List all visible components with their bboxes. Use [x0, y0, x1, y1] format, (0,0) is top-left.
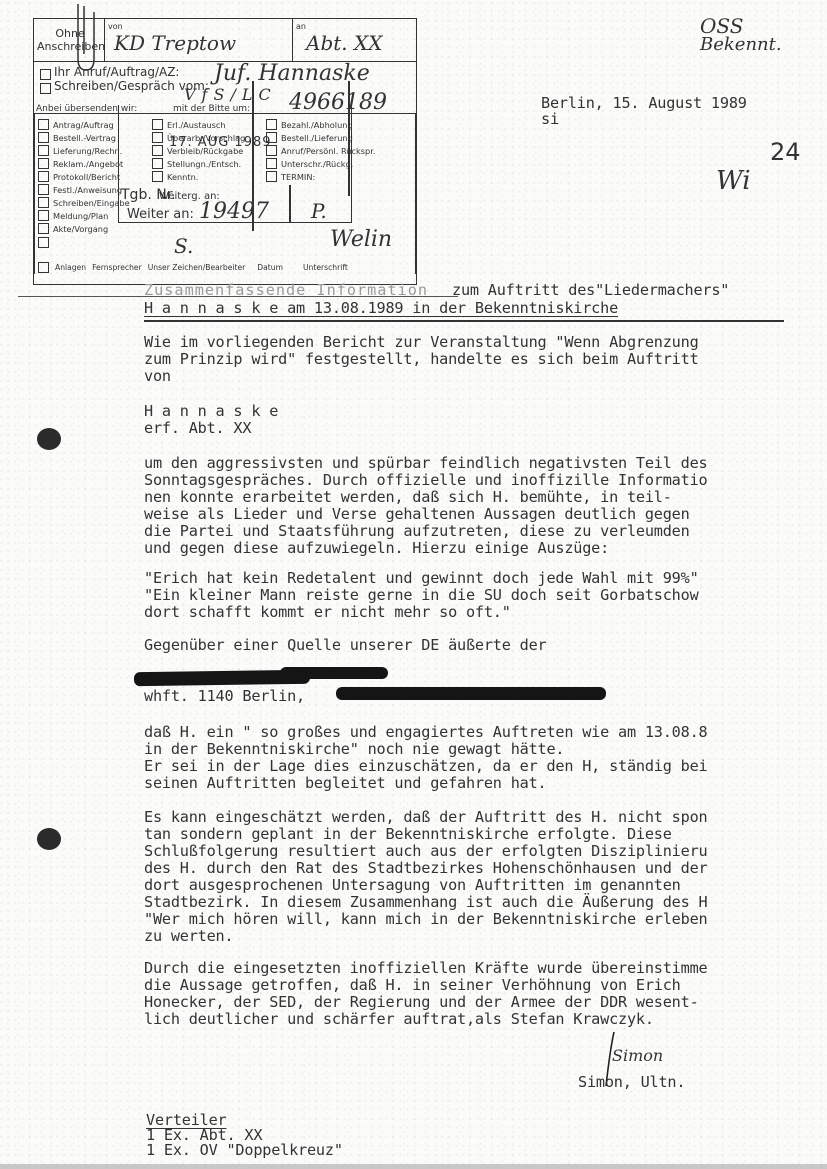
punch-hole-bottom: [37, 828, 61, 850]
handwritten-signature: Simon: [612, 1046, 663, 1065]
ref-code: VfS/LC: [184, 85, 277, 104]
stamp-weiter-value: 19497: [199, 199, 269, 224]
text-line: daß H. ein " so großes und engagiertes A…: [144, 724, 707, 741]
quote-line: "Erich hat kein Redetalent und gewinnt d…: [144, 570, 699, 587]
text-line: die Aussage getroffen, daß H. in seiner …: [144, 977, 681, 994]
text-line: weise als Lieder und Verse gehaltenen Au…: [144, 506, 690, 523]
text-line: Sonntagsgespräches. Durch offizielle und…: [144, 472, 707, 489]
checkbox-anlagen[interactable]: [38, 262, 49, 273]
punch-hole-top: [37, 428, 61, 450]
quote-line: "Ein kleiner Mann reiste gerne in die SU…: [144, 587, 699, 604]
text-line: des H. durch den Rat des Stadtbezirkes H…: [144, 860, 707, 877]
text-line: lich deutlicher und schärfer auftrat,als…: [144, 1011, 654, 1028]
form-header-row: Ohne Anschreiben von KD Treptow an Abt. …: [34, 19, 416, 62]
to-value: Abt. XX: [306, 31, 382, 55]
stamp-initial: P.: [311, 199, 327, 223]
option-left-6[interactable]: Schreiben/Eingabe: [38, 197, 130, 208]
option-left-5[interactable]: Festl./Anweisung: [38, 184, 122, 195]
routing-form: Ohne Anschreiben von KD Treptow an Abt. …: [33, 18, 417, 285]
checkbox-anruf[interactable]: [40, 69, 51, 80]
option-left-2[interactable]: Lieferung/Rechn.: [38, 145, 122, 156]
paragraph-3: Gegenüber einer Quelle unserer DE äußert…: [144, 637, 546, 654]
footer-anlagen: Anlagen: [55, 263, 86, 272]
text-line: Schlußfolgerung resultiert auch aus der …: [144, 843, 707, 860]
option-left-7[interactable]: Meldung/Plan: [38, 210, 108, 221]
corner-cell: Ohne Anschreiben: [34, 19, 105, 61]
corner-label: Ohne Anschreiben: [37, 27, 103, 53]
option-left-9[interactable]: [38, 237, 53, 248]
text-line: um den aggressivsten und spürbar feindli…: [144, 455, 707, 472]
option-left-8[interactable]: Akte/Vorgang: [38, 223, 108, 234]
text-line: und gegen diese aufzuwiegeln. Hierzu ein…: [144, 540, 609, 557]
form-initial-s: S.: [174, 234, 193, 258]
stamp-weiter-label: Weiter an:: [127, 207, 194, 222]
text-line: Es kann eingeschätzt werden, daß der Auf…: [144, 809, 707, 826]
text-line: Honecker, der SED, der Regierung und der…: [144, 994, 699, 1011]
footer-unterschrift: Unterschrift: [303, 263, 348, 272]
author-initials: si: [541, 111, 559, 128]
distribution-item: 1 Ex. OV "Doppelkreuz": [146, 1142, 343, 1159]
option-left-4[interactable]: Protokoll/Bericht: [38, 171, 120, 182]
title-line-1: zum Auftritt des"Liedermachers": [452, 282, 729, 299]
stamp-divider: [289, 185, 291, 222]
text-line: zum Prinzip wird" festgestellt, handelte…: [144, 351, 699, 368]
text-line: tan sondern geplant in der Bekenntniskir…: [144, 826, 672, 843]
text-line: Wie im vorliegenden Bericht zur Veransta…: [144, 334, 699, 351]
text-line: zu werten.: [144, 928, 233, 945]
text-line: nen konnte erarbeitet werden, daß sich H…: [144, 489, 672, 506]
footer-datum: Datum: [257, 263, 283, 272]
title-line-2: H a n n a s k e am 13.08.1989 in der Bek…: [144, 300, 618, 317]
from-label: von: [108, 22, 123, 31]
from-cell: von KD Treptow: [104, 19, 293, 61]
ref-label-1: Ihr Anruf/Auftrag/AZ:: [54, 65, 179, 79]
text-line: Durch die eingesetzten inoffiziellen Krä…: [144, 960, 707, 977]
redaction-name-2: [280, 667, 388, 679]
redaction-address: [336, 687, 606, 700]
text-line: in der Bekenntniskirche" noch nie gewagt…: [144, 741, 564, 758]
footer-zeichen: Unser Zeichen/Bearbeiter: [148, 263, 246, 272]
page-bottom-edge: [0, 1164, 827, 1169]
from-value: KD Treptow: [114, 31, 236, 55]
typed-signature: Simon, Ultn.: [578, 1074, 685, 1091]
option-left-1[interactable]: Bestell.-Vertrag: [38, 132, 116, 143]
text-line: von: [144, 368, 171, 385]
option-left-3[interactable]: Reklam./Angebot: [38, 158, 123, 169]
checkbox-schreiben[interactable]: [40, 83, 51, 94]
text-line: seinen Auftritten begleitet und gefahren…: [144, 775, 546, 792]
page-number: 24: [770, 138, 801, 166]
text-line: dort ausgesprochenen Untersagung von Auf…: [144, 877, 681, 894]
title-obscured: Zusammenfassende Information: [144, 282, 428, 299]
receipt-stamp: 17. AUG 1989 Tgb. Nr. Weiterg. an: Weite…: [118, 105, 352, 223]
form-footer: Anlagen Fernsprecher Unser Zeichen/Bearb…: [38, 262, 348, 273]
to-cell: an Abt. XX: [292, 19, 416, 61]
address-line: whft. 1140 Berlin,: [144, 688, 305, 705]
subject-registration: erf. Abt. XX: [144, 420, 251, 437]
ref-value: Juf. Hannaske: [214, 61, 370, 86]
quote-line: dort schafft kommt er nicht mehr so oft.…: [144, 604, 511, 621]
text-line: Er sei in der Lage dies einzuschätzen, d…: [144, 758, 707, 775]
form-signature: Welin: [330, 227, 392, 252]
text-line: die Partei und Staatsführung aufzutreten…: [144, 523, 690, 540]
title-underline: [144, 320, 784, 322]
annotation-initials: Wi: [716, 166, 751, 196]
to-label: an: [296, 22, 306, 31]
place-date: Berlin, 15. August 1989: [541, 95, 747, 112]
footer-fernsprecher: Fernsprecher: [92, 263, 142, 272]
option-left-0[interactable]: Antrag/Auftrag: [38, 119, 114, 130]
annotation-bekennt: Bekennt.: [700, 34, 782, 55]
text-line: Stadtbezirk. In diesem Zusammenhang ist …: [144, 894, 707, 911]
stamp-date: 17. AUG 1989: [169, 135, 272, 150]
subject-name: H a n n a s k e: [144, 403, 278, 420]
text-line: "Wer mich hören will, kann mich in der B…: [144, 911, 707, 928]
